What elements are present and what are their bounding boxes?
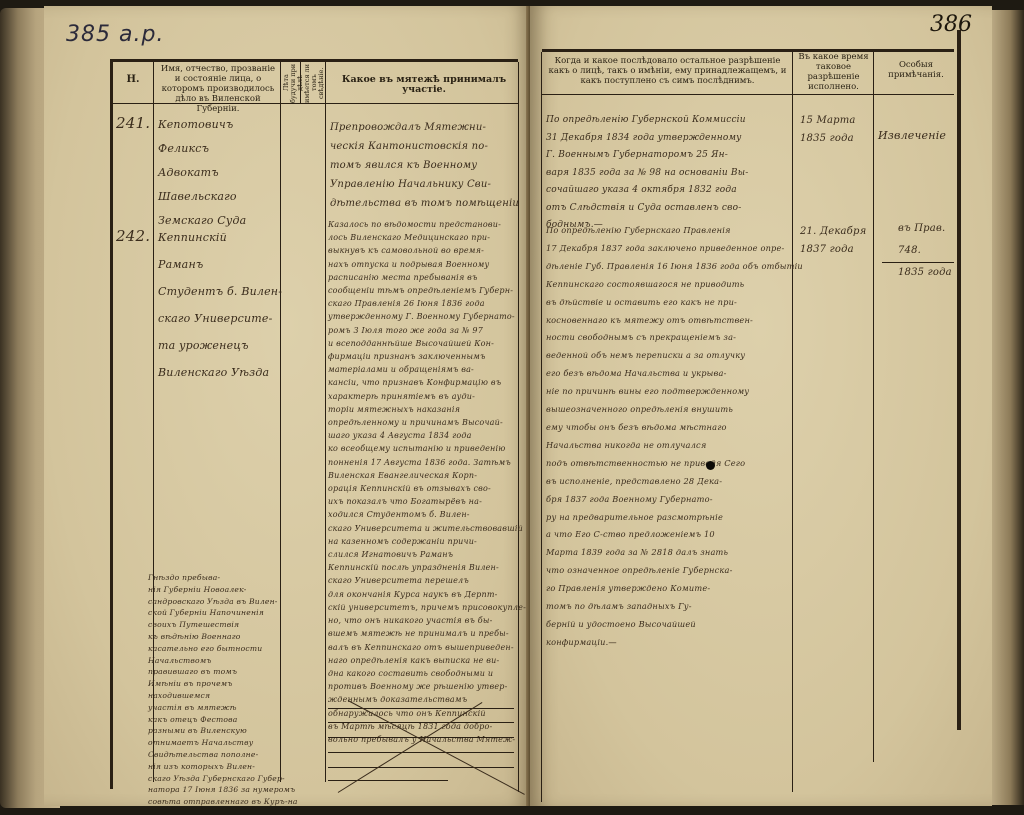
- strike-line: [328, 767, 514, 768]
- left-col-divider-3: [325, 62, 326, 782]
- entry-242-participation: Казалось по вѣдомости предстанови- лось …: [328, 218, 526, 746]
- left-header-top-rule: [112, 59, 518, 62]
- header-number: Н.: [113, 75, 153, 85]
- entry-241-participation: Препровождалъ Мятежни- ческія Кантонисто…: [330, 118, 519, 213]
- struck-out-block: [328, 700, 516, 795]
- entry-242-resolution: По опредѣленію Губернскаго Правленія 17 …: [546, 222, 803, 652]
- strike-line: [328, 708, 514, 709]
- strike-line: [328, 722, 514, 723]
- header-executed: Въ какое время таковое разрѣшеніе исполн…: [795, 52, 872, 92]
- paper-hole: [706, 461, 715, 470]
- entry-242-executed: 21. Декабря 1837 года: [800, 223, 866, 259]
- header-years: Лѣта будучи при дѣлѣ имѣется ли томъ свѣ…: [283, 63, 323, 103]
- folio-number-right: 386: [930, 12, 972, 37]
- entry-241-number: 241.: [116, 114, 150, 133]
- strike-line: [328, 780, 448, 781]
- entry-242-number: 242.: [116, 227, 150, 246]
- right-table-left-border: [541, 52, 542, 802]
- entry-242-notes: въ Прав. 748. 1835 года: [898, 218, 952, 284]
- entry-242-name: Кеппинскій Раманъ Студентъ б. Вилен- ска…: [158, 224, 282, 386]
- notes-underline: [882, 262, 954, 263]
- left-table-border: [110, 59, 113, 789]
- entry-241-name: Кепотовичъ Феликсъ Адвокатъ Шавельскаго …: [158, 113, 278, 233]
- header-resolution: Когда и какое послѣдовало остальное разр…: [545, 56, 790, 86]
- strike-line: [328, 752, 514, 753]
- entry-241-notes: Извлеченіе: [878, 126, 946, 145]
- folio-number-left: 385 a.p.: [66, 22, 164, 47]
- book-edge-right: [990, 10, 1024, 805]
- margin-note: Гнѣздо пребыва- нія Губерніи Новоалек- с…: [148, 572, 298, 808]
- right-header-bottom-rule: [542, 94, 954, 95]
- header-notes: Особыя примѣчанія.: [876, 60, 956, 80]
- entry-241-executed: 15 Марта 1835 года: [800, 112, 856, 148]
- right-header-top-rule: [542, 49, 954, 52]
- header-participation: Какое въ мятежѣ принималъ участіе.: [330, 75, 518, 95]
- header-name: Имя, отчество, прозваніе и состояніе лиц…: [157, 64, 279, 114]
- right-table-border: [957, 30, 961, 730]
- right-col-divider-2: [873, 52, 874, 762]
- entry-241-resolution: По опредѣленію Губернской Коммиссіи 31 Д…: [546, 112, 749, 235]
